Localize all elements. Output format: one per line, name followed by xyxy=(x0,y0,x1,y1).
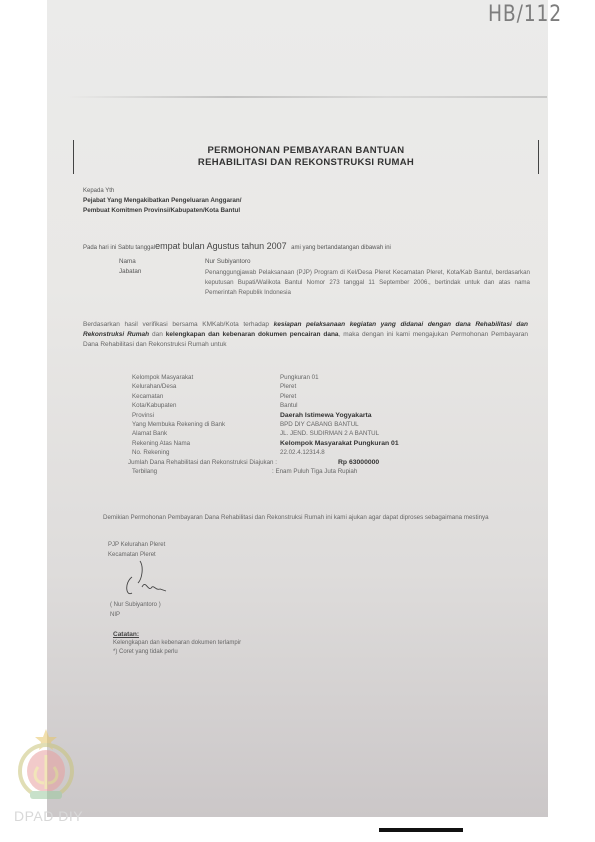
notes-line-1: Kelengkapan dan kebenaran dokumen terlam… xyxy=(113,639,241,648)
body-text-1: Berdasarkan hasil verifikasi bersama KMK… xyxy=(83,321,274,328)
details-value: 22.02.4.12314.8 xyxy=(280,449,325,456)
signature-icon xyxy=(118,557,178,599)
details-value: Pungkuran 01 xyxy=(280,374,319,381)
details-label: Rekening Atas Nama xyxy=(132,440,190,447)
details-value: JL. JEND. SUDIRMAN 2 A BANTUL xyxy=(280,430,379,437)
signer-line-1: PJP Kelurahan Pleret xyxy=(108,541,165,551)
details-label: Yang Membuka Rekening di Bank xyxy=(132,421,225,428)
body-bold-2: kelengkapan dan kebenaran dokumen pencai… xyxy=(166,331,339,338)
signer-name-block: ( Nur Subiyantoro ) NIP xyxy=(110,601,161,620)
opening-line: Pada hari ini Sabtu tanggalempat bulan A… xyxy=(83,236,391,254)
details-label: Provinsi xyxy=(132,412,154,419)
opening-date: empat bulan Agustus tahun 2007 xyxy=(155,241,287,251)
closing-paragraph: Demikian Permohonan Pembayaran Dana Reha… xyxy=(103,513,528,523)
details-value: Rp 63000000 xyxy=(338,459,379,466)
signer-name: ( Nur Subiyantoro ) xyxy=(110,601,161,611)
title-line-1: PERMOHONAN PEMBAYARAN BANTUAN xyxy=(74,145,538,156)
details-label: Kelurahan/Desa xyxy=(132,383,176,390)
notes-heading: Catatan: xyxy=(113,630,241,639)
signer-nip: NIP xyxy=(110,611,161,621)
title-box: PERMOHONAN PEMBAYARAN BANTUAN REHABILITA… xyxy=(73,140,539,174)
details-value: Kelompok Masyarakat Pungkuran 01 xyxy=(280,440,399,447)
salutation: Kepada Yth xyxy=(83,186,242,196)
details-label: Kecamatan xyxy=(132,393,163,400)
details-label: No. Rekening xyxy=(132,449,170,456)
details-label: Jumlah Dana Rehabilitasi dan Rekonstruks… xyxy=(128,459,277,466)
details-value: : Enam Puluh Tiga Juta Rupiah xyxy=(272,468,357,475)
details-label: Kota/Kabupaten xyxy=(132,402,176,409)
name-value: Nur Subiyantoro xyxy=(205,258,251,265)
watermark-text: DPAD DIY xyxy=(14,808,83,824)
body-paragraph: Berdasarkan hasil verifikasi bersama KMK… xyxy=(83,320,528,351)
details-label: Kelompok Masyarakat xyxy=(132,374,193,381)
notes-line-2: *) Coret yang tidak perlu xyxy=(113,648,241,657)
position-value: Penanggungjawab Pelaksanaan (PJP) Progra… xyxy=(205,268,530,298)
details-value: BPD DIY CABANG BANTUL xyxy=(280,421,359,428)
body-text-2: dan xyxy=(149,331,166,338)
opening-suffix: ami yang bertandatangan dibawah ini xyxy=(291,245,391,251)
details-label: Terbilang xyxy=(132,468,157,475)
recipient-line-2: Pembuat Komitmen Provinsi/Kabupaten/Kota… xyxy=(83,206,242,216)
recipient-block: Kepada Yth Pejabat Yang Mengakibatkan Pe… xyxy=(83,186,242,216)
name-label: Nama xyxy=(119,258,136,265)
notes-block: Catatan: Kelengkapan dan kebenaran dokum… xyxy=(113,630,241,657)
bottom-bar xyxy=(379,828,463,832)
position-label: Jabatan xyxy=(119,268,141,275)
details-value: Daerah Istimewa Yogyakarta xyxy=(280,412,372,419)
title-line-2: REHABILITASI DAN REKONSTRUKSI RUMAH xyxy=(74,157,538,168)
opening-prefix: Pada hari ini Sabtu tanggal xyxy=(83,245,155,251)
emblem-icon xyxy=(14,727,78,803)
details-value: Pleret xyxy=(280,383,296,390)
paper-crease xyxy=(67,96,547,98)
recipient-line-1: Pejabat Yang Mengakibatkan Pengeluaran A… xyxy=(83,196,242,206)
details-label: Alamat Bank xyxy=(132,430,167,437)
archive-mark: HB/112 xyxy=(488,2,562,27)
details-value: Bantul xyxy=(280,402,298,409)
details-value: Pleret xyxy=(280,393,296,400)
